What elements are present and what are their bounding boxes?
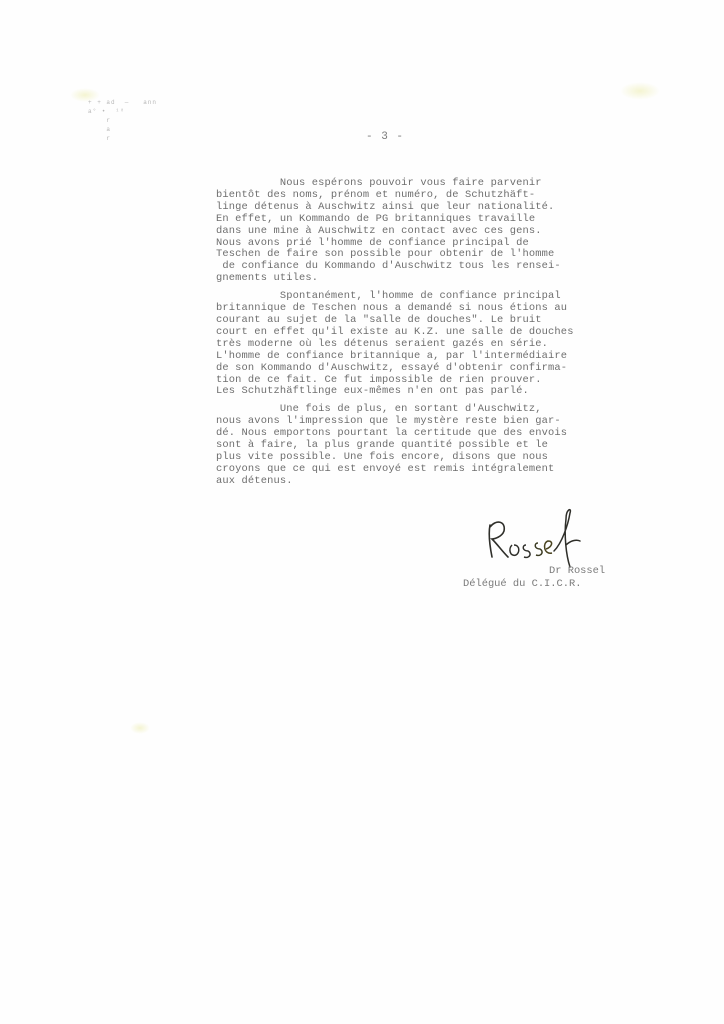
text-line: En effet, un Kommando de PG britanniques…	[216, 214, 626, 226]
margin-note: r	[88, 116, 178, 125]
paragraph: Spontanément, l'homme de confiance princ…	[216, 291, 626, 398]
text-line: très moderne où les détenus seraient gaz…	[216, 339, 626, 351]
text-line: croyons que ce qui est envoyé est remis …	[216, 464, 626, 476]
paragraph: Une fois de plus, en sortant d'Auschwitz…	[216, 404, 626, 487]
text-line: court en effet qu'il existe au K.Z. une …	[216, 327, 626, 339]
margin-note: a° • ¹⁸	[88, 107, 178, 116]
text-line: L'homme de confiance britannique a, par …	[216, 351, 626, 363]
paragraph: Nous espérons pouvoir vous faire parveni…	[216, 178, 626, 285]
text-line: dans une mine à Auschwitz en contact ave…	[216, 226, 626, 238]
text-line: linge détenus à Auschwitz ainsi que leur…	[216, 202, 626, 214]
letter-body: Nous espérons pouvoir vous faire parveni…	[216, 178, 626, 494]
margin-note: + + ad — ann	[88, 98, 178, 107]
document-page: + + ad — anna° • ¹⁸ r a r - 3 - Nous esp…	[0, 0, 724, 1024]
paper-stain	[130, 722, 150, 734]
margin-note: a	[88, 125, 178, 134]
signature-block: Dr Rossel Délégué du C.I.C.R.	[460, 505, 640, 595]
margin-note: r	[88, 134, 178, 143]
text-line: Les Schutzhäftlinge eux-mêmes n'en ont p…	[216, 386, 626, 398]
paper-stain	[620, 82, 660, 100]
signatory-title: Délégué du C.I.C.R.	[463, 578, 581, 590]
text-line: gnements utiles.	[216, 273, 626, 285]
text-line: aux détenus.	[216, 476, 626, 488]
margin-annotations: + + ad — anna° • ¹⁸ r a r	[88, 98, 178, 158]
text-line: de son Kommando d'Auschwitz, essayé d'ob…	[216, 363, 626, 375]
page-number: - 3 -	[366, 131, 404, 143]
signatory-name: Dr Rossel	[549, 565, 605, 577]
